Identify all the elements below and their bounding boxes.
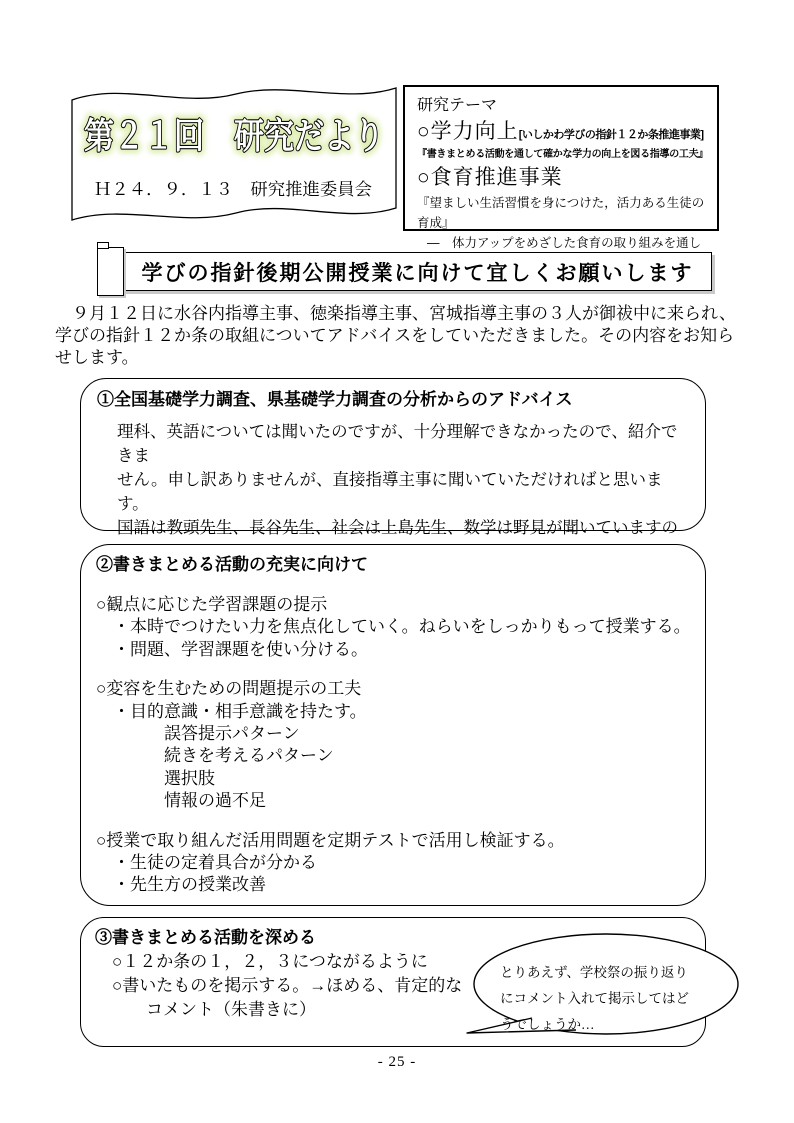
headline-scroll-bar: 学びの指針後期公開授業に向けて宜しくお願いします	[123, 252, 712, 291]
theme-item-food-label: ○食育推進事業	[417, 163, 707, 193]
text-line: せん。申し訳ありませんが、直接指導主事に聞いていただければと思います。	[117, 468, 693, 516]
text-line: 続きを考えるパターン	[96, 745, 695, 767]
text-line: 学びの指針１２か条の取組についてアドバイスをしていただきました。その内容をお知ら	[55, 325, 749, 347]
section-1-heading: ①全国基礎学力調査、県基礎学力調査の分析からのアドバイス	[97, 388, 693, 412]
speech-bubble-text: とりあえず、学校祭の振り返りにコメント入れて掲示してはどうでしょうか…	[500, 960, 725, 1038]
text-line: ・生徒の定着具合が分かる	[96, 852, 695, 874]
banner-flag: 第２１回 研究だより 第２１回 研究だより Ｈ２４．９．１３ 研究推進委員会	[68, 78, 402, 240]
text-line: ・本時でつけたい力を焦点化していく。ねらいをしっかりもって授業する。	[96, 616, 695, 638]
text-line: ・問題、学習課題を使い分ける。	[96, 639, 695, 661]
banner-title: 第２１回 研究だより	[84, 115, 384, 156]
text-line	[96, 577, 695, 594]
text-line: 選択肢	[96, 768, 695, 790]
text-line: ○授業で取り組んだ活用問題を定期テストで活用し検証する。	[96, 830, 695, 852]
text-line: うでしょうか…	[500, 1012, 725, 1038]
theme-item-food-detail1: 『望ましい生活習慣を身につけた，活力ある生徒の育成』	[417, 193, 707, 233]
text-line: ○観点に応じた学習課題の提示	[96, 594, 695, 616]
theme-item-academic: ○学力向上[いしかわ学びの指針１２か条推進事業]	[417, 117, 707, 147]
text-line: とりあえず、学校祭の振り返り	[500, 960, 725, 986]
text-line: ○変容を生むための問題提示の工夫	[96, 678, 695, 700]
theme-item-academic-note: [いしかわ学びの指針１２か条推進事業]	[519, 129, 704, 141]
text-line: せします。	[55, 347, 749, 369]
headline-scroll-notch	[97, 242, 109, 249]
theme-item-academic-label: ○学力向上	[417, 120, 519, 143]
headline-scroll-roll	[97, 247, 124, 296]
text-line: にコメント入れて掲示してはど	[500, 986, 725, 1012]
text-line: ・目的意識・相手意識を持たす。	[96, 701, 695, 723]
text-line	[96, 661, 695, 678]
text-line: 情報の過不足	[96, 790, 695, 812]
newsletter-page: 第２１回 研究だより 第２１回 研究だより Ｈ２４．９．１３ 研究推進委員会 研…	[0, 0, 794, 1123]
text-line: ・先生方の授業改善	[96, 874, 695, 896]
banner-date: Ｈ２４．９．１３ 研究推進委員会	[94, 180, 372, 199]
research-theme-box: 研究テーマ ○学力向上[いしかわ学びの指針１２か条推進事業] 『書きまとめる活動…	[403, 85, 719, 231]
section-box-2: ②書きまとめる活動の充実に向けて ○観点に応じた学習課題の提示 ・本時でつけたい…	[80, 544, 706, 906]
text-line: 誤答提示パターン	[96, 723, 695, 745]
text-line	[96, 813, 695, 830]
text-line: ９月１２日に水谷内指導主事、徳楽指導主事、宮城指導主事の３人が御祓中に来られ、	[55, 303, 749, 325]
headline-text: 学びの指針後期公開授業に向けて宜しくお願いします	[142, 257, 694, 287]
intro-paragraph: ９月１２日に水谷内指導主事、徳楽指導主事、宮城指導主事の３人が御祓中に来られ、学…	[55, 303, 749, 369]
section-2-heading: ②書きまとめる活動の充実に向けて	[96, 553, 695, 577]
section-2-body: ○観点に応じた学習課題の提示 ・本時でつけたい力を焦点化していく。ねらいをしっか…	[96, 577, 695, 897]
section-box-1: ①全国基礎学力調査、県基礎学力調査の分析からのアドバイス 理科、英語については聞…	[80, 378, 706, 531]
page-number: - 25 -	[0, 1054, 794, 1071]
banner-flag-shape: 第２１回 研究だより 第２１回 研究だより Ｈ２４．９．１３ 研究推進委員会	[68, 78, 402, 240]
theme-item-academic-detail: 『書きまとめる活動を通して確かな学力の向上を図る指導の工夫』	[417, 147, 707, 163]
text-line: 理科、英語については聞いたのですが、十分理解できなかったので、紹介できま	[117, 420, 693, 468]
theme-heading: 研究テーマ	[417, 95, 707, 117]
